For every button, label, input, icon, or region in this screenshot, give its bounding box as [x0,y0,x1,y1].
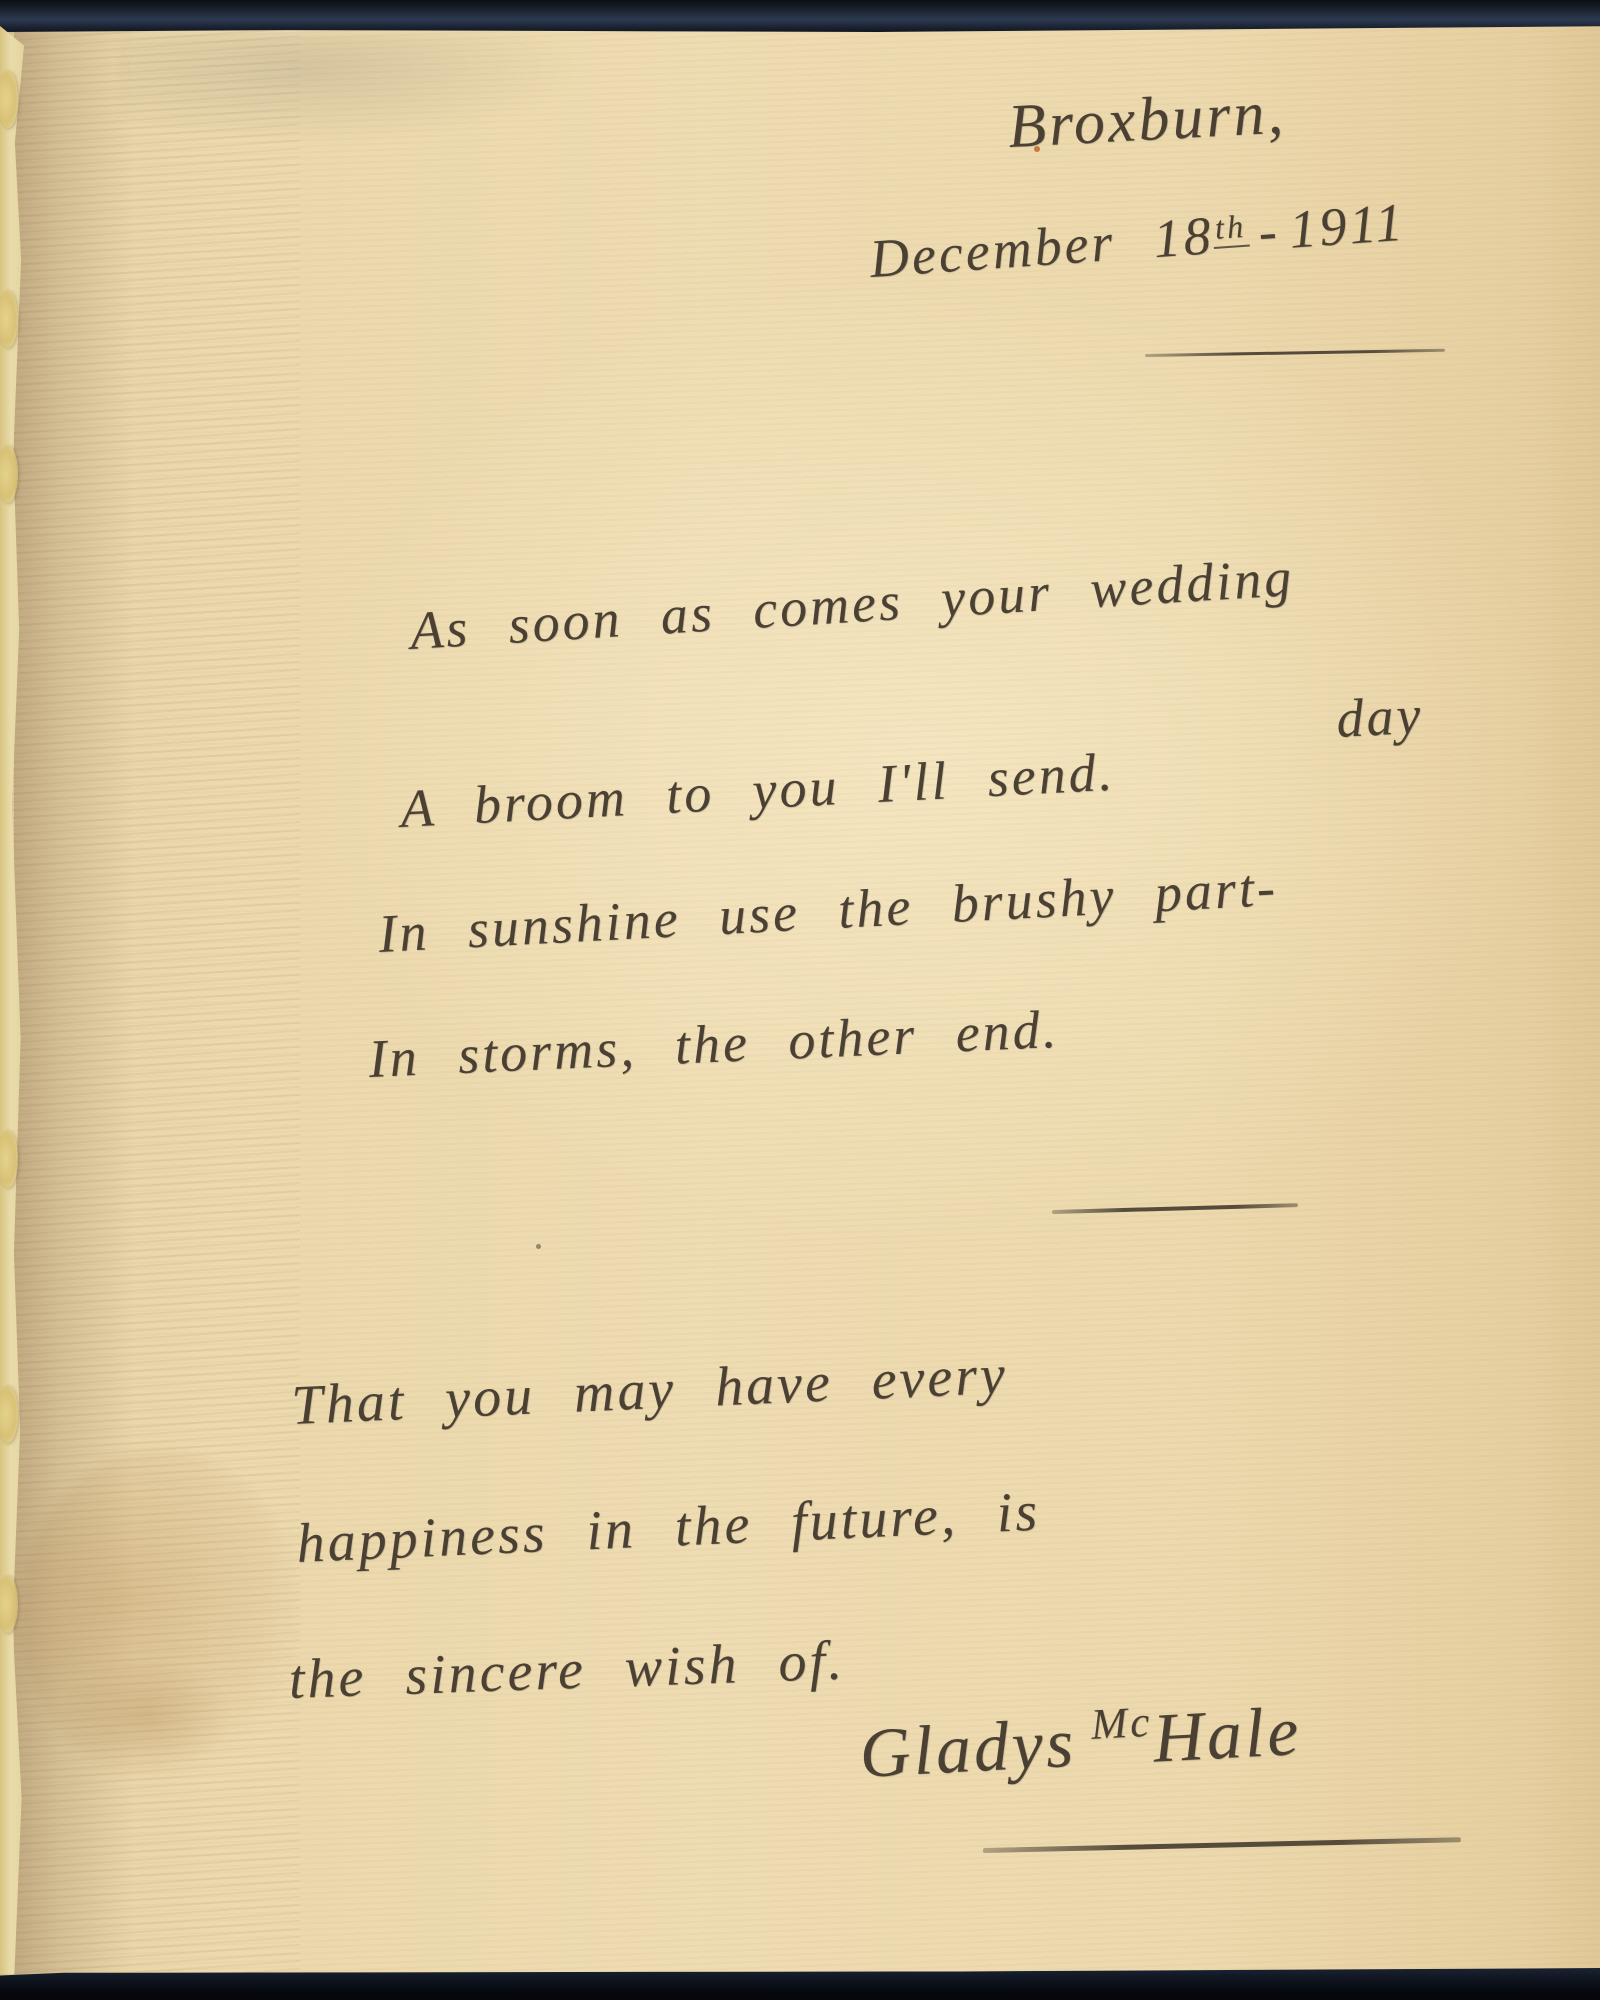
signature-first-name: Gladys [858,1705,1078,1793]
book-cover-top-edge [0,0,1600,32]
heading-date: December 18th-1911 [868,191,1408,290]
signature-last-name: Hale [1151,1693,1303,1778]
closing-line-2: happiness in the future, is [295,1480,1041,1576]
heading-date-year: 1911 [1287,192,1407,260]
date-underline [1145,349,1445,357]
poem-line-1: As soon as comes your wedding [408,546,1296,662]
poem-line-4: In storms, the other end. [367,998,1060,1090]
album-page-scan: Broxburn, December 18th-1911 As soon as … [0,0,1600,2000]
poem-line-1-continuation: day [1335,684,1425,750]
stitch-thread-mark [0,1575,18,1633]
book-cover-bottom-edge [0,1966,1600,2000]
signature-underline [983,1837,1461,1853]
poem-end-rule [1052,1203,1298,1214]
heading-place: Broxburn, [1006,78,1287,163]
heading-date-ordinal: th [1212,209,1250,249]
heading-date-dash: - [1246,200,1291,263]
poem-line-2: A broom to you I'll send. [399,741,1117,840]
signature: GladysMcHale [858,1689,1304,1795]
closing-line-3: the sincere wish of. [288,1629,846,1712]
gray-smudge [120,34,580,144]
poem-line-3: In sunshine use the brushy part- [377,856,1279,965]
signature-mc-prefix: Mc [1074,1698,1154,1750]
heading-date-day: December 18 [868,205,1216,289]
age-stain [60,1660,230,1770]
closing-line-1: That you may have every [290,1343,1009,1438]
paper-speck [536,1244,541,1249]
stitch-thread-mark [0,445,18,503]
